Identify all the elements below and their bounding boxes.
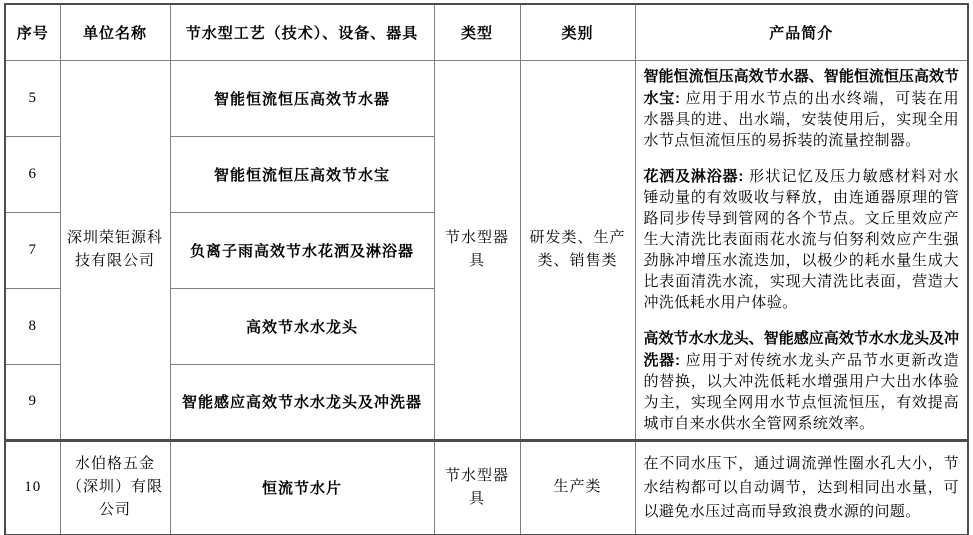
- intro-body-2: 形状记忆及压力敏感材料对水锤动量的有效吸收与释放，由连通器原理的管路同步传导到管…: [644, 169, 960, 311]
- intro-body-3: 应用于对传统水龙头产品节水更新改造的替换，以大冲洗低耗水增强用户大出水体验为主，…: [644, 353, 960, 432]
- cell-category-group2: 生产类: [520, 440, 635, 535]
- header-row: 序号 单位名称 节水型工艺（技术）、设备、器具 类型 类别 产品简介: [5, 4, 968, 60]
- cell-category-group1: 研发类、生产类、销售类: [520, 60, 635, 440]
- intro-body-1: 应用于用水节点的出水终端，可装在用水器具的进、出水端，安装使用后，实现全用水节点…: [644, 91, 960, 149]
- header-company-name: 单位名称: [60, 4, 170, 60]
- cell-product-5: 智能恒流恒压高效节水器: [170, 60, 434, 136]
- header-type: 类型: [434, 4, 520, 60]
- cell-company-group2: 水伯格五金（深圳）有限公司: [60, 440, 170, 535]
- cell-no-7: 7: [5, 212, 60, 288]
- cell-product-7: 负离子雨高效节水花洒及淋浴器: [170, 212, 434, 288]
- cell-no-5: 5: [5, 60, 60, 136]
- table-row-5: 5 深圳荣钜源科技有限公司 智能恒流恒压高效节水器 节水型器具 研发类、生产类、…: [5, 60, 968, 136]
- document-page: 序号 单位名称 节水型工艺（技术）、设备、器具 类型 类别 产品简介 5 深圳荣…: [0, 0, 973, 535]
- cell-intro-group2: 在不同水压下，通过调流弹性圈水孔大小，节水结构都可以自动调节，达到相同出水量，可…: [635, 440, 968, 535]
- cell-type-group2: 节水型器具: [434, 440, 520, 535]
- cell-no-10: 10: [5, 440, 60, 535]
- header-process-equipment: 节水型工艺（技术）、设备、器具: [170, 4, 434, 60]
- cell-no-9: 9: [5, 364, 60, 440]
- header-product-intro: 产品简介: [635, 4, 968, 60]
- header-category: 类别: [520, 4, 635, 60]
- water-saving-products-table: 序号 单位名称 节水型工艺（技术）、设备、器具 类型 类别 产品简介 5 深圳荣…: [4, 3, 969, 535]
- cell-product-8: 高效节水水龙头: [170, 288, 434, 364]
- cell-product-10: 恒流节水片: [170, 440, 434, 535]
- header-serial-no: 序号: [5, 4, 60, 60]
- cell-no-8: 8: [5, 288, 60, 364]
- cell-type-group1: 节水型器具: [434, 60, 520, 440]
- cell-no-6: 6: [5, 136, 60, 212]
- cell-product-6: 智能恒流恒压高效节水宝: [170, 136, 434, 212]
- intro-lead-2: 花洒及淋浴器:: [644, 168, 744, 185]
- table-row-10: 10 水伯格五金（深圳）有限公司 恒流节水片 节水型器具 生产类 在不同水压下，…: [5, 440, 968, 535]
- cell-intro-group1: 智能恒流恒压高效节水器、智能恒流恒压高效节水宝:应用于用水节点的出水终端，可装在…: [635, 60, 968, 440]
- cell-company-group1: 深圳荣钜源科技有限公司: [60, 60, 170, 440]
- intro-paragraph-2: 花洒及淋浴器:形状记忆及压力敏感材料对水锤动量的有效吸收与释放，由连通器原理的管…: [644, 166, 960, 314]
- cell-product-9: 智能感应高效节水水龙头及冲洗器: [170, 364, 434, 440]
- intro-paragraph-1: 智能恒流恒压高效节水器、智能恒流恒压高效节水宝:应用于用水节点的出水终端，可装在…: [644, 66, 960, 152]
- intro-paragraph-3: 高效节水水龙头、智能感应高效节水水龙头及冲洗器:应用于对传统水龙头产品节水更新改…: [644, 328, 960, 435]
